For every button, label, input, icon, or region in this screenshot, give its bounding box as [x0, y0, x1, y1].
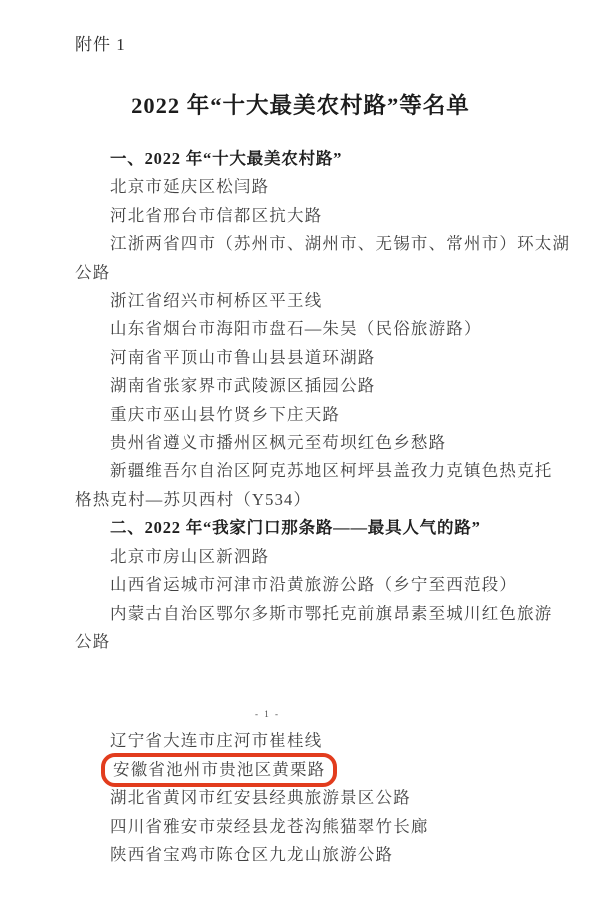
page-number: - 1 - — [75, 708, 460, 720]
road-item-line: 内蒙古自治区鄂尔多斯市鄂托克前旗昂素至城川红色旅游 — [75, 600, 526, 628]
attachment-label: 附件 1 — [75, 34, 526, 56]
road-item: 重庆市巫山县竹贤乡下庄天路 — [75, 401, 526, 429]
road-item: 辽宁省大连市庄河市崔桂线 — [75, 727, 526, 755]
page-2-content: 辽宁省大连市庄河市崔桂线 安徽省池州市贵池区黄栗路 湖北省黄冈市红安县经典旅游景… — [75, 727, 526, 869]
road-item-line: 新疆维吾尔自治区阿克苏地区柯坪县盖孜力克镇色热克托 — [75, 457, 526, 485]
road-item-continuation: 公路 — [75, 259, 526, 287]
road-item: 湖北省黄冈市红安县经典旅游景区公路 — [75, 784, 526, 812]
section-1-heading: 一、2022 年“十大最美农村路” — [75, 145, 526, 173]
road-item: 北京市房山区新泗路 — [75, 543, 526, 571]
road-item-continuation: 公路 — [75, 628, 526, 656]
section-2-heading: 二、2022 年“我家门口那条路——最具人气的路” — [75, 514, 526, 542]
road-item: 四川省雅安市荥经县龙苍沟熊猫翠竹长廊 — [75, 813, 526, 841]
road-item: 湖南省张家界市武陵源区插园公路 — [75, 372, 526, 400]
road-item: 山东省烟台市海阳市盘石—朱吴（民俗旅游路） — [75, 315, 526, 343]
road-item: 陕西省宝鸡市陈仓区九龙山旅游公路 — [75, 841, 526, 869]
road-item-continuation: 格热克村—苏贝西村（Y534） — [75, 486, 526, 514]
road-item: 贵州省遵义市播州区枫元至苟坝红色乡愁路 — [75, 429, 526, 457]
road-item: 河北省邢台市信都区抗大路 — [75, 202, 526, 230]
road-item: 北京市延庆区松闫路 — [75, 173, 526, 201]
road-item: 河南省平顶山市鲁山县县道环湖路 — [75, 344, 526, 372]
road-item: 山西省运城市河津市沿黄旅游公路（乡宁至西范段） — [75, 571, 526, 599]
highlight-red-box: 安徽省池州市贵池区黄栗路 — [101, 753, 337, 787]
road-item-highlighted: 安徽省池州市贵池区黄栗路 — [75, 756, 526, 784]
road-item-line: 江浙两省四市（苏州市、湖州市、无锡市、常州市）环太湖 — [75, 230, 526, 258]
document-page: 附件 1 2022 年“十大最美农村路”等名单 一、2022 年“十大最美农村路… — [0, 0, 600, 902]
document-title: 2022 年“十大最美农村路”等名单 — [75, 91, 526, 121]
road-item: 浙江省绍兴市柯桥区平王线 — [75, 287, 526, 315]
